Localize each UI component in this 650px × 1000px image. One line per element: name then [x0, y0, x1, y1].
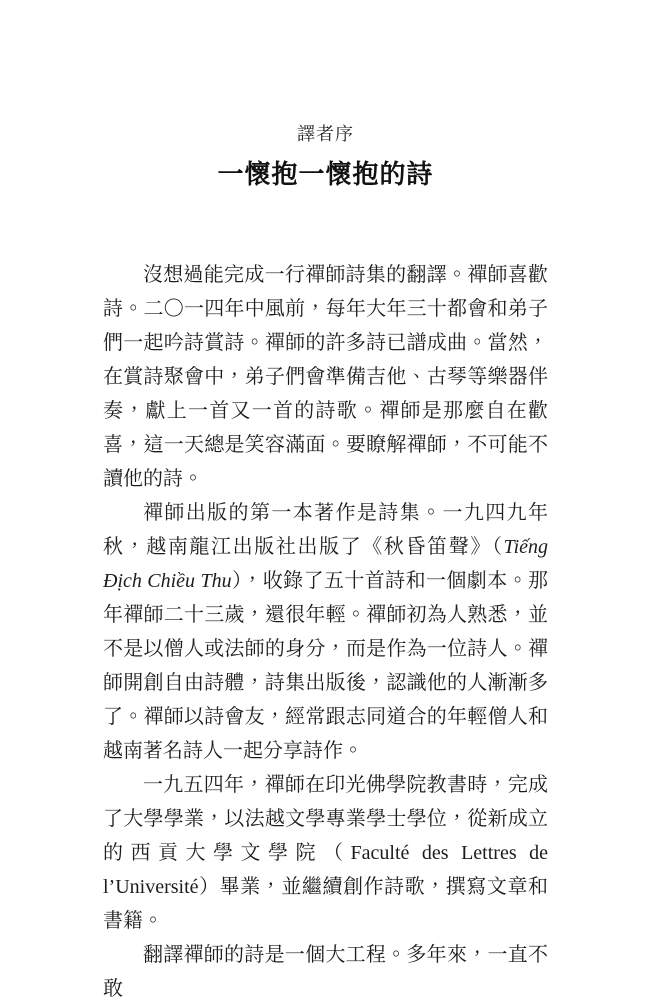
paragraph-1-text: 沒想過能完成一行禪師詩集的翻譯。禪師喜歡詩。二〇一四年中風前，每年大年三十都會和… — [103, 264, 548, 490]
section-label: 譯者序 — [103, 121, 548, 147]
paragraph-4-text: 翻譯禪師的詩是一個大工程。多年來，一直不敢 — [103, 944, 548, 1000]
book-page: 譯者序 一懷抱一懷抱的詩 沒想過能完成一行禪師詩集的翻譯。禪師喜歡詩。二〇一四年… — [0, 0, 650, 1000]
paragraph-3: 一九五四年，禪師在印光佛學院教書時，完成了大學學業，以法越文學專業學士學位，從新… — [103, 768, 548, 938]
paragraph-2: 禪師出版的第一本著作是詩集。一九四九年秋，越南龍江出版社出版了《秋昏笛聲》（Ti… — [103, 496, 548, 768]
body-text: 沒想過能完成一行禪師詩集的翻譯。禪師喜歡詩。二〇一四年中風前，每年大年三十都會和… — [103, 258, 548, 1000]
paragraph-2-text-a: 禪師出版的第一本著作是詩集。一九四九年秋，越南龍江出版社出版了《秋昏笛聲》（ — [103, 502, 548, 558]
paragraph-1: 沒想過能完成一行禪師詩集的翻譯。禪師喜歡詩。二〇一四年中風前，每年大年三十都會和… — [103, 258, 548, 496]
page-title: 一懷抱一懷抱的詩 — [103, 156, 548, 194]
paragraph-2-text-b: ），收錄了五十首詩和一個劇本。那年禪師二十三歲，還很年輕。禪師初為人熟悉，並不是… — [103, 570, 548, 762]
paragraph-4: 翻譯禪師的詩是一個大工程。多年來，一直不敢 — [103, 938, 548, 1000]
